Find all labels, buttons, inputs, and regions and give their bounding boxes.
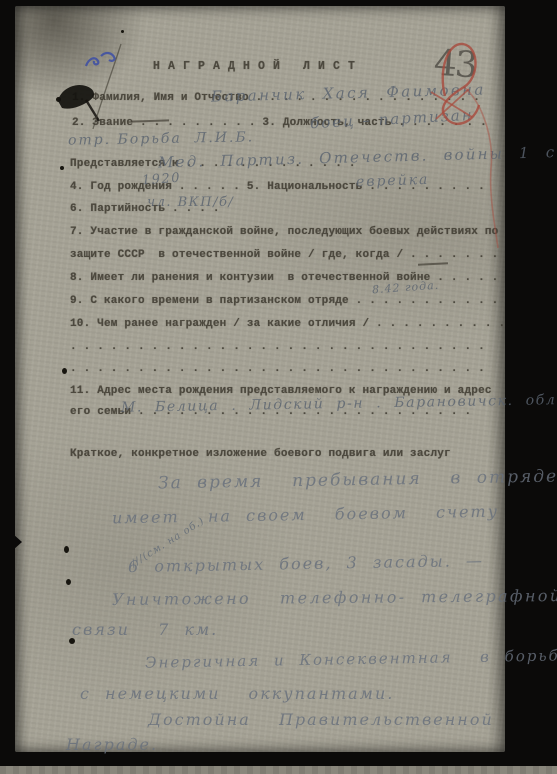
- margin-speck: [121, 30, 124, 33]
- margin-speck: [60, 166, 64, 170]
- field-civil-war-label-line1: 7. Участие в гражданской войне, последую…: [70, 226, 498, 239]
- dotted-row-2: . . . . . . . . . . . . . . . . . . . . …: [70, 363, 485, 376]
- citation-line-8: Достойна Правительственной: [148, 710, 494, 729]
- corner-number-pencil: 43: [433, 43, 478, 87]
- citation-line-7: с немецкими оккупантами.: [80, 684, 394, 703]
- field-prior-awards-label: 10. Чем ранее награжден / за какие отлич…: [70, 318, 505, 331]
- margin-speck: [64, 546, 69, 553]
- handwritten-unit-value: отр. Борьба Л.И.Б.: [68, 129, 254, 148]
- scanned-award-sheet: Н А Г Р А Д Н О Й Л И С Т 1. Фамилия, Им…: [0, 0, 557, 774]
- margin-speck: [62, 368, 67, 374]
- handwritten-party-value: чл. ВКП/б/: [147, 195, 234, 210]
- citation-line-4: Уничтожено телефонно- телеграфной: [112, 586, 557, 609]
- field-since-when-label: 9. С какого времени в партизанском отряд…: [70, 295, 498, 308]
- handwritten-nationality-value: еврейка: [356, 172, 430, 191]
- margin-speck: [69, 638, 75, 644]
- margin-speck: [56, 97, 61, 102]
- citation-line-5: связи 7 км.: [72, 620, 218, 639]
- dotted-row-1: . . . . . . . . . . . . . . . . . . . . …: [70, 341, 485, 354]
- document-title-text: Н А Г Р А Д Н О Й Л И С Т: [153, 60, 356, 73]
- margin-speck: [66, 579, 71, 585]
- summary-section-heading: Краткое, конкретное изложение боевого по…: [70, 448, 451, 461]
- citation-line-9: Награде.: [66, 735, 158, 754]
- handwritten-birth-year-value: 1920: [142, 171, 182, 189]
- field-civil-war-label-line2: защите СССР в отечественной войне / где,…: [70, 249, 498, 262]
- paper-edge-notch: [13, 534, 22, 550]
- scan-bottom-strip: [0, 766, 557, 774]
